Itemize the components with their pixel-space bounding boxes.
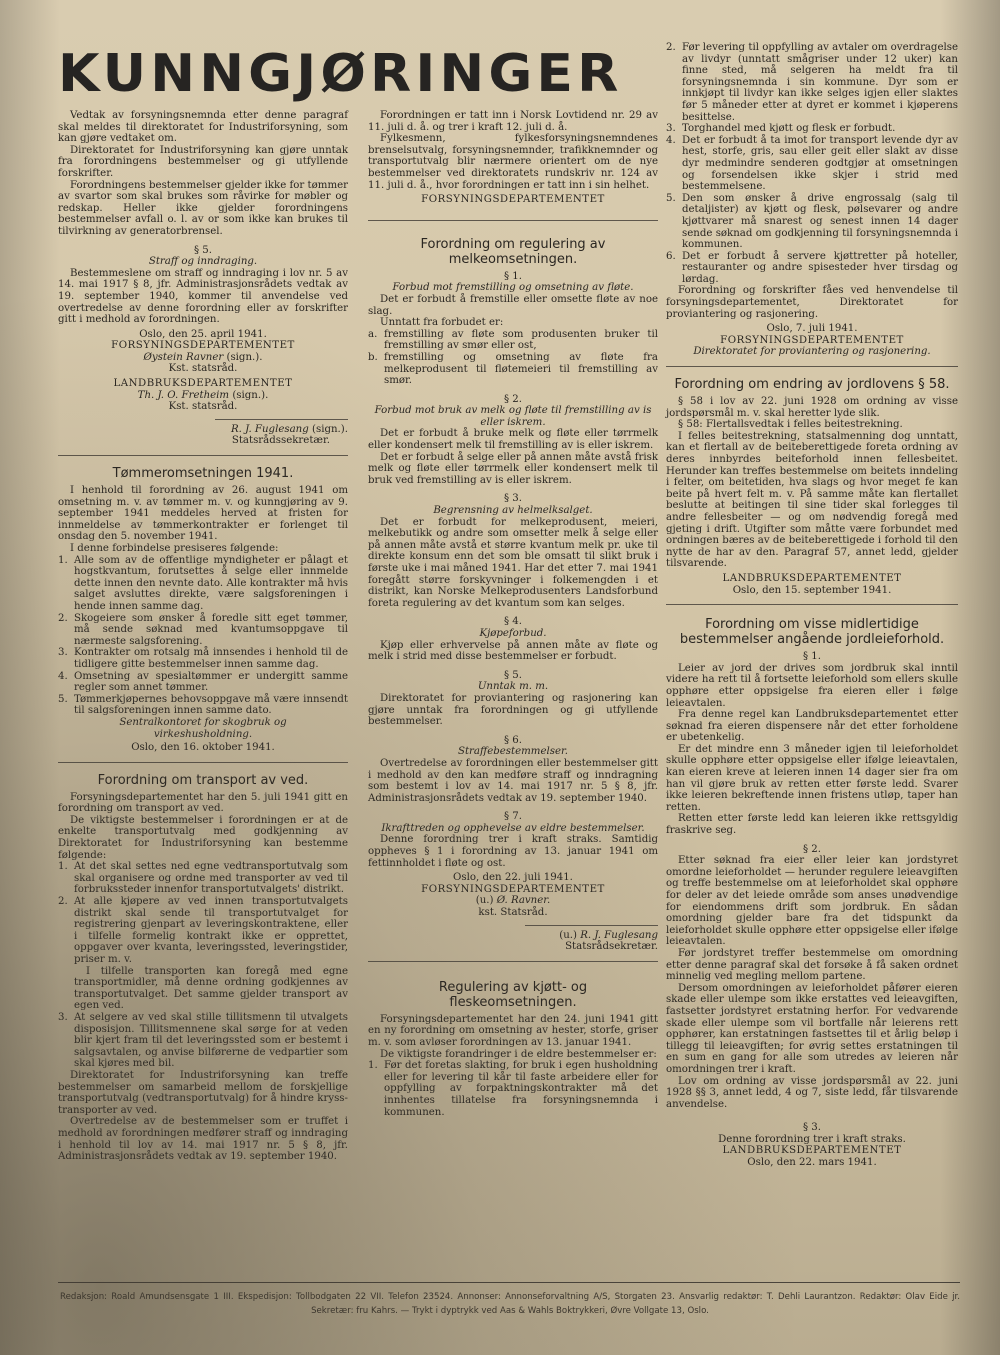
paragraph: De viktigste bestemmelser i forordningen… — [58, 815, 348, 861]
list-item: 1.Før det foretas slakting, for bruk i e… — [368, 1060, 658, 1118]
section-number: § 7. — [368, 811, 658, 823]
divider — [666, 366, 958, 367]
paragraph: Det er forbudt å fremstille eller omsett… — [368, 294, 658, 317]
numbered-list: 2.Før levering til oppfylling av avtaler… — [666, 42, 958, 285]
signature: (u.) Ø. Ravner. — [368, 895, 658, 907]
list-item: 1.Alle som av de offentlige myndigheter … — [58, 555, 348, 613]
lettered-list: a.fremstilling av fløte som produsenten … — [368, 329, 658, 387]
divider — [58, 762, 348, 763]
numbered-list: 1.Alle som av de offentlige myndigheter … — [58, 555, 348, 717]
paragraph: Unntatt fra forbudet er: — [368, 317, 658, 329]
paragraph: Etter søknad fra eier eller leier kan jo… — [666, 855, 958, 948]
paragraph: Det er forbudt å selge eller på annen må… — [368, 452, 658, 487]
signature: (u.) R. J. Fuglesang — [368, 930, 658, 942]
article-title: Forordning om transport av ved. — [58, 773, 348, 788]
paragraph: Forordningen er tatt inn i Norsk Lovtide… — [368, 110, 658, 133]
paragraph: Er det mindre enn 3 måneder igjen til le… — [666, 744, 958, 814]
section-title: Begrensning av helmelksalget. — [368, 505, 658, 517]
list-item: 2.Før levering til oppfylling av avtaler… — [666, 42, 958, 123]
numbered-list: 1.At det skal settes ned egne vedtranspo… — [58, 861, 348, 1070]
list-item: 6.Det er forbudt å servere kjøttretter p… — [666, 251, 958, 286]
list-item: 4.Det er forbudt å ta imot for transport… — [666, 135, 958, 193]
list-item: a.fremstilling av fløte som produsenten … — [368, 329, 658, 352]
article-title: Forordning om visse midlertidige bestemm… — [666, 617, 958, 647]
department-name: LANDBRUKSDEPARTEMENTET — [666, 1145, 958, 1157]
list-item: 5.Den som ønsker å drive engrossalg (sal… — [666, 193, 958, 251]
paragraph: Lov om ordning av visse jordspørsmål av … — [666, 1076, 958, 1111]
signature-title: Kst. statsråd. — [58, 363, 348, 375]
paragraph: Leier av jord der drives som jordbruk sk… — [666, 663, 958, 709]
masthead-title: KUNNGJØRINGER — [58, 44, 635, 104]
section-title: Straff og inndraging. — [58, 256, 348, 268]
paragraph: Forordning og forskrifter fåes ved henve… — [666, 285, 958, 320]
department-name: FORSYNINGSDEPARTEMENTET — [666, 335, 958, 347]
divider — [666, 604, 958, 605]
paragraph: Forsyningsdepartementet har den 24. juni… — [368, 1014, 658, 1049]
section-number: § 3. — [666, 1122, 958, 1134]
date-line: Oslo, 7. juli 1941. — [666, 323, 958, 335]
signature: Øystein Ravner (sign.). — [58, 352, 348, 364]
list-item: 3.Torghandel med kjøtt og flesk er forbu… — [666, 123, 958, 135]
list-item: 5.Tømmerkjøpernes behovsoppgave må være … — [58, 694, 348, 717]
article-title: Forordning om endring av jordlovens § 58… — [666, 377, 958, 392]
list-item: 4.Omsetning av spesialtømmer er undergit… — [58, 671, 348, 694]
section-title: Ikrafttreden og opphevelse av eldre best… — [368, 823, 658, 835]
paragraph: Før jordstyret treffer bestemmelse om om… — [666, 948, 958, 983]
signer: Sentralkontoret for skogbruk og virkeshu… — [58, 717, 348, 740]
section-number: § 2. — [666, 844, 958, 856]
colophon: Redaksjon: Roald Amundsensgate 1 III. Ek… — [60, 1290, 960, 1318]
paragraph: I henhold til forordning av 26. august 1… — [58, 485, 348, 543]
paragraph: I denne forbindelse presiseres følgende: — [58, 543, 348, 555]
paragraph: Bestemmeslene om straff og inndraging i … — [58, 268, 348, 326]
divider — [525, 925, 658, 926]
paragraph: Det er forbudt å bruke melk og fløte ell… — [368, 428, 658, 451]
paragraph: Fra denne regel kan Landbruksdepartement… — [666, 709, 958, 744]
paragraph: I felles beitestrekning, statsalmenning … — [666, 431, 958, 570]
department-name: FORSYNINGSDEPARTEMENTET — [368, 194, 658, 206]
paragraph: Direktoratet for Industriforsyning kan g… — [58, 145, 348, 180]
column-right: 2.Før levering til oppfylling av avtaler… — [666, 42, 958, 1169]
section-title: Forbud mot fremstilling og omsetning av … — [368, 282, 658, 294]
list-item: b.fremstilling og omsetning av fløte fra… — [368, 352, 658, 387]
paragraph: Denne forordning trer i kraft straks. — [666, 1134, 958, 1146]
article-title: Tømmeromsetningen 1941. — [58, 466, 348, 481]
numbered-list: 1.Før det foretas slakting, for bruk i e… — [368, 1060, 658, 1118]
paragraph: Vedtak av forsyningsnemnda etter denne p… — [58, 110, 348, 145]
section-number: § 1. — [368, 271, 658, 283]
date-line: Oslo, den 22. mars 1941. — [666, 1157, 958, 1169]
signature-title: Statsrådsekretær. — [368, 941, 658, 953]
section-number: § 5. — [368, 670, 658, 682]
paragraph: De viktigste forandringer i de eldre bes… — [368, 1049, 658, 1061]
signature-title: kst. Statsråd. — [368, 907, 658, 919]
section-number: § 3. — [368, 493, 658, 505]
department-name: LANDBRUKSDEPARTEMENTET — [58, 378, 348, 390]
date-line: Oslo, den 15. september 1941. — [666, 585, 958, 597]
paragraph: Direktoratet for Industriforsyning kan t… — [58, 1070, 348, 1116]
paragraph: Dersom omordningen av leieforholdet påfø… — [666, 983, 958, 1076]
paragraph: Denne forordning trer i kraft straks. Sa… — [368, 834, 658, 869]
column-left: Vedtak av forsyningsnemnda etter denne p… — [58, 110, 348, 1163]
section-title: Kjøpeforbud. — [368, 628, 658, 640]
section-title: Straffebestemmelser. — [368, 746, 658, 758]
article-title: Forordning om regulering av melkeomsetni… — [368, 237, 658, 267]
department-name: LANDBRUKSDEPARTEMENTET — [666, 573, 958, 585]
paragraph: § 58: Flertallsvedtak i felles beitestre… — [666, 419, 958, 431]
divider — [58, 455, 348, 456]
date-line: Oslo, den 22. juli 1941. — [368, 872, 658, 884]
paragraph: § 58 i lov av 22. juni 1928 om ordning a… — [666, 396, 958, 419]
section-number: § 1. — [666, 651, 958, 663]
paragraph: Forsyningsdepartementet har den 5. juli … — [58, 792, 348, 815]
paragraph: Overtredelse av de bestemmelser som er t… — [58, 1116, 348, 1162]
divider — [215, 419, 348, 420]
signature-title: Kst. statsråd. — [58, 401, 348, 413]
department-sub: Direktoratet for proviantering og rasjon… — [666, 346, 958, 358]
divider — [368, 220, 658, 221]
signature: R. J. Fuglesang (sign.). — [58, 424, 348, 436]
paragraph: Fylkesmenn, fylkesforsyningsnemndenes br… — [368, 133, 658, 191]
list-item: 2.Skogeiere som ønsker å foredle sitt eg… — [58, 613, 348, 648]
paragraph: Forordningens bestemmelser gjelder ikke … — [58, 180, 348, 238]
section-title: Unntak m. m. — [368, 681, 658, 693]
list-item: 1.At det skal settes ned egne vedtranspo… — [58, 861, 348, 896]
section-title: Forbud mot bruk av melk og fløte til fre… — [368, 405, 658, 428]
signature: Th. J. O. Fretheim (sign.). — [58, 390, 348, 402]
section-number: § 4. — [368, 616, 658, 628]
list-item: 2.At alle kjøpere av ved innen transport… — [58, 896, 348, 1012]
paragraph: Kjøp eller erhvervelse på annen måte av … — [368, 640, 658, 663]
section-number: § 2. — [368, 394, 658, 406]
department-name: FORSYNINGSDEPARTEMENTET — [58, 340, 348, 352]
department-name: FORSYNINGSDEPARTEMENTET — [368, 884, 658, 896]
paragraph: Det er forbudt for melkeprodusent, meier… — [368, 517, 658, 610]
date-line: Oslo, den 16. oktober 1941. — [58, 742, 348, 754]
signature-title: Statsrådssekretær. — [58, 435, 348, 447]
section-number: § 6. — [368, 735, 658, 747]
list-item: 3.Kontrakter om rotsalg må innsendes i h… — [58, 647, 348, 670]
paragraph: Overtredelse av forordningen eller beste… — [368, 758, 658, 804]
column-middle: Forordningen er tatt inn i Norsk Lovtide… — [368, 110, 658, 1118]
divider — [368, 961, 658, 962]
paragraph: I tilfelle transporten kan foregå med eg… — [74, 966, 348, 1012]
paragraph: Direktoratet for proviantering og rasjon… — [368, 693, 658, 728]
date-line: Oslo, den 25. april 1941. — [58, 329, 348, 341]
section-number: § 5. — [58, 245, 348, 257]
paragraph: Retten etter første ledd kan leieren ikk… — [666, 813, 958, 836]
list-item: 3.At selgere av ved skal stille tillitsm… — [58, 1012, 348, 1070]
article-title: Regulering av kjøtt- og fleskeomsetninge… — [368, 980, 658, 1010]
footer-divider — [58, 1282, 960, 1283]
